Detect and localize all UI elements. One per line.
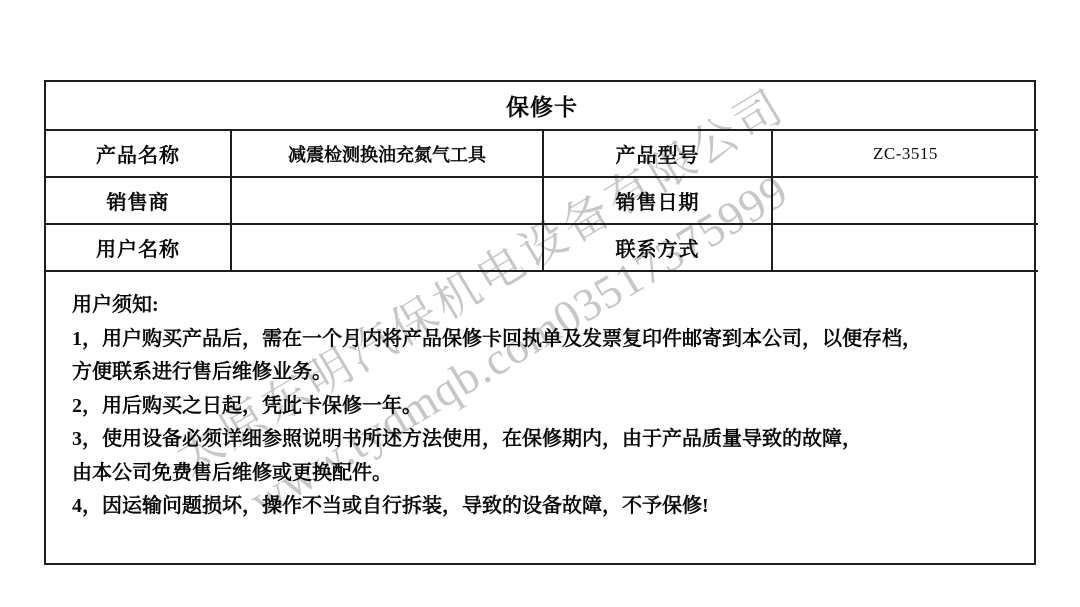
contact-value bbox=[773, 225, 1038, 272]
notice-line: 1，用户购买产品后，需在一个月内将产品保修卡回执单及发票复印件邮寄到本公司，以便… bbox=[72, 323, 1010, 357]
card-title: 保修卡 bbox=[46, 82, 1038, 131]
product-model-label: 产品型号 bbox=[544, 131, 773, 178]
warranty-card-page: 太原东明汽保机电设备有限公司 www.tydmqb.com03517375999… bbox=[0, 0, 1080, 607]
notice-line: 由本公司免费售后维修或更换配件。 bbox=[72, 457, 1010, 491]
user-name-label: 用户名称 bbox=[46, 225, 232, 272]
product-model-value: ZC-3515 bbox=[773, 131, 1038, 178]
notice-line: 2，用后购买之日起，凭此卡保修一年。 bbox=[72, 390, 1010, 424]
seller-label: 销售商 bbox=[46, 178, 232, 225]
seller-value bbox=[232, 178, 544, 225]
notice-line: 方便联系进行售后维修业务。 bbox=[72, 356, 1010, 390]
contact-label: 联系方式 bbox=[544, 225, 773, 272]
notice-line: 4，因运输问题损坏，操作不当或自行拆装，导致的设备故障，不予保修! bbox=[72, 490, 1010, 524]
notice-line: 3，使用设备必须详细参照说明书所述方法使用，在保修期内，由于产品质量导致的故障， bbox=[72, 423, 1010, 457]
user-notice-section: 用户须知: 1，用户购买产品后，需在一个月内将产品保修卡回执单及发票复印件邮寄到… bbox=[46, 272, 1038, 563]
sale-date-value bbox=[773, 178, 1038, 225]
product-name-label: 产品名称 bbox=[46, 131, 232, 178]
warranty-table: 保修卡 产品名称 减震检测换油充氮气工具 产品型号 ZC-3515 销售商 销售… bbox=[44, 80, 1036, 565]
user-name-value bbox=[232, 225, 544, 272]
sale-date-label: 销售日期 bbox=[544, 178, 773, 225]
notice-heading: 用户须知: bbox=[72, 289, 1010, 323]
product-name-value: 减震检测换油充氮气工具 bbox=[232, 131, 544, 178]
